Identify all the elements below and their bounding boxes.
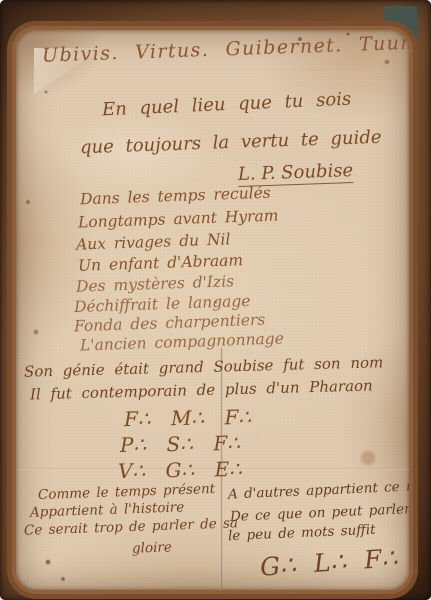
closing-left-line: Comme le temps présent	[38, 483, 216, 503]
couplet-line: Son génie était grand Soubise fut son no…	[24, 355, 384, 379]
closing-right-line: De ce que on peut parler	[230, 503, 409, 524]
couplet-line: Il fut contemporain de plus d'un Pharaon	[30, 379, 373, 403]
epigraph-line: que toujours la vertu te guide	[80, 129, 382, 158]
closing-right-line: A d'autres appartient ce récit	[228, 479, 409, 502]
manuscript-page: Ubivis. Virtus. Guibernet. Tuum. En quel…	[16, 30, 409, 590]
initials-row: P∴ S∴ F∴	[120, 433, 240, 455]
closing-left-line: Ce serait trop de parler de sa	[24, 517, 238, 538]
initials-row: F∴ M∴ F∴	[124, 407, 251, 429]
poem-line: L'ancien compagnonnage	[80, 331, 284, 354]
closing-left-line: gloire	[132, 541, 172, 556]
poem-line: Aux rivages du Nil	[76, 232, 231, 253]
epigraph-line: En quel lieu que tu sois	[102, 91, 352, 120]
poem-line: Dans les temps reculés	[80, 186, 271, 208]
latin-motto: Ubivis. Virtus. Guibernet. Tuum.	[42, 33, 409, 65]
initials-row: V∴ G∴ E∴	[118, 459, 242, 481]
poem-line: Un enfant d'Abraam	[78, 253, 244, 274]
final-signature: G∴ L∴ F∴	[259, 545, 398, 580]
poem-line: Des mystères d'Izis	[76, 274, 235, 295]
manuscript-photo: Ubivis. Virtus. Guibernet. Tuum. En quel…	[0, 0, 431, 600]
closing-right-line: le peu de mots suffit	[228, 524, 376, 544]
poem-line: Longtamps avant Hyram	[78, 209, 279, 231]
